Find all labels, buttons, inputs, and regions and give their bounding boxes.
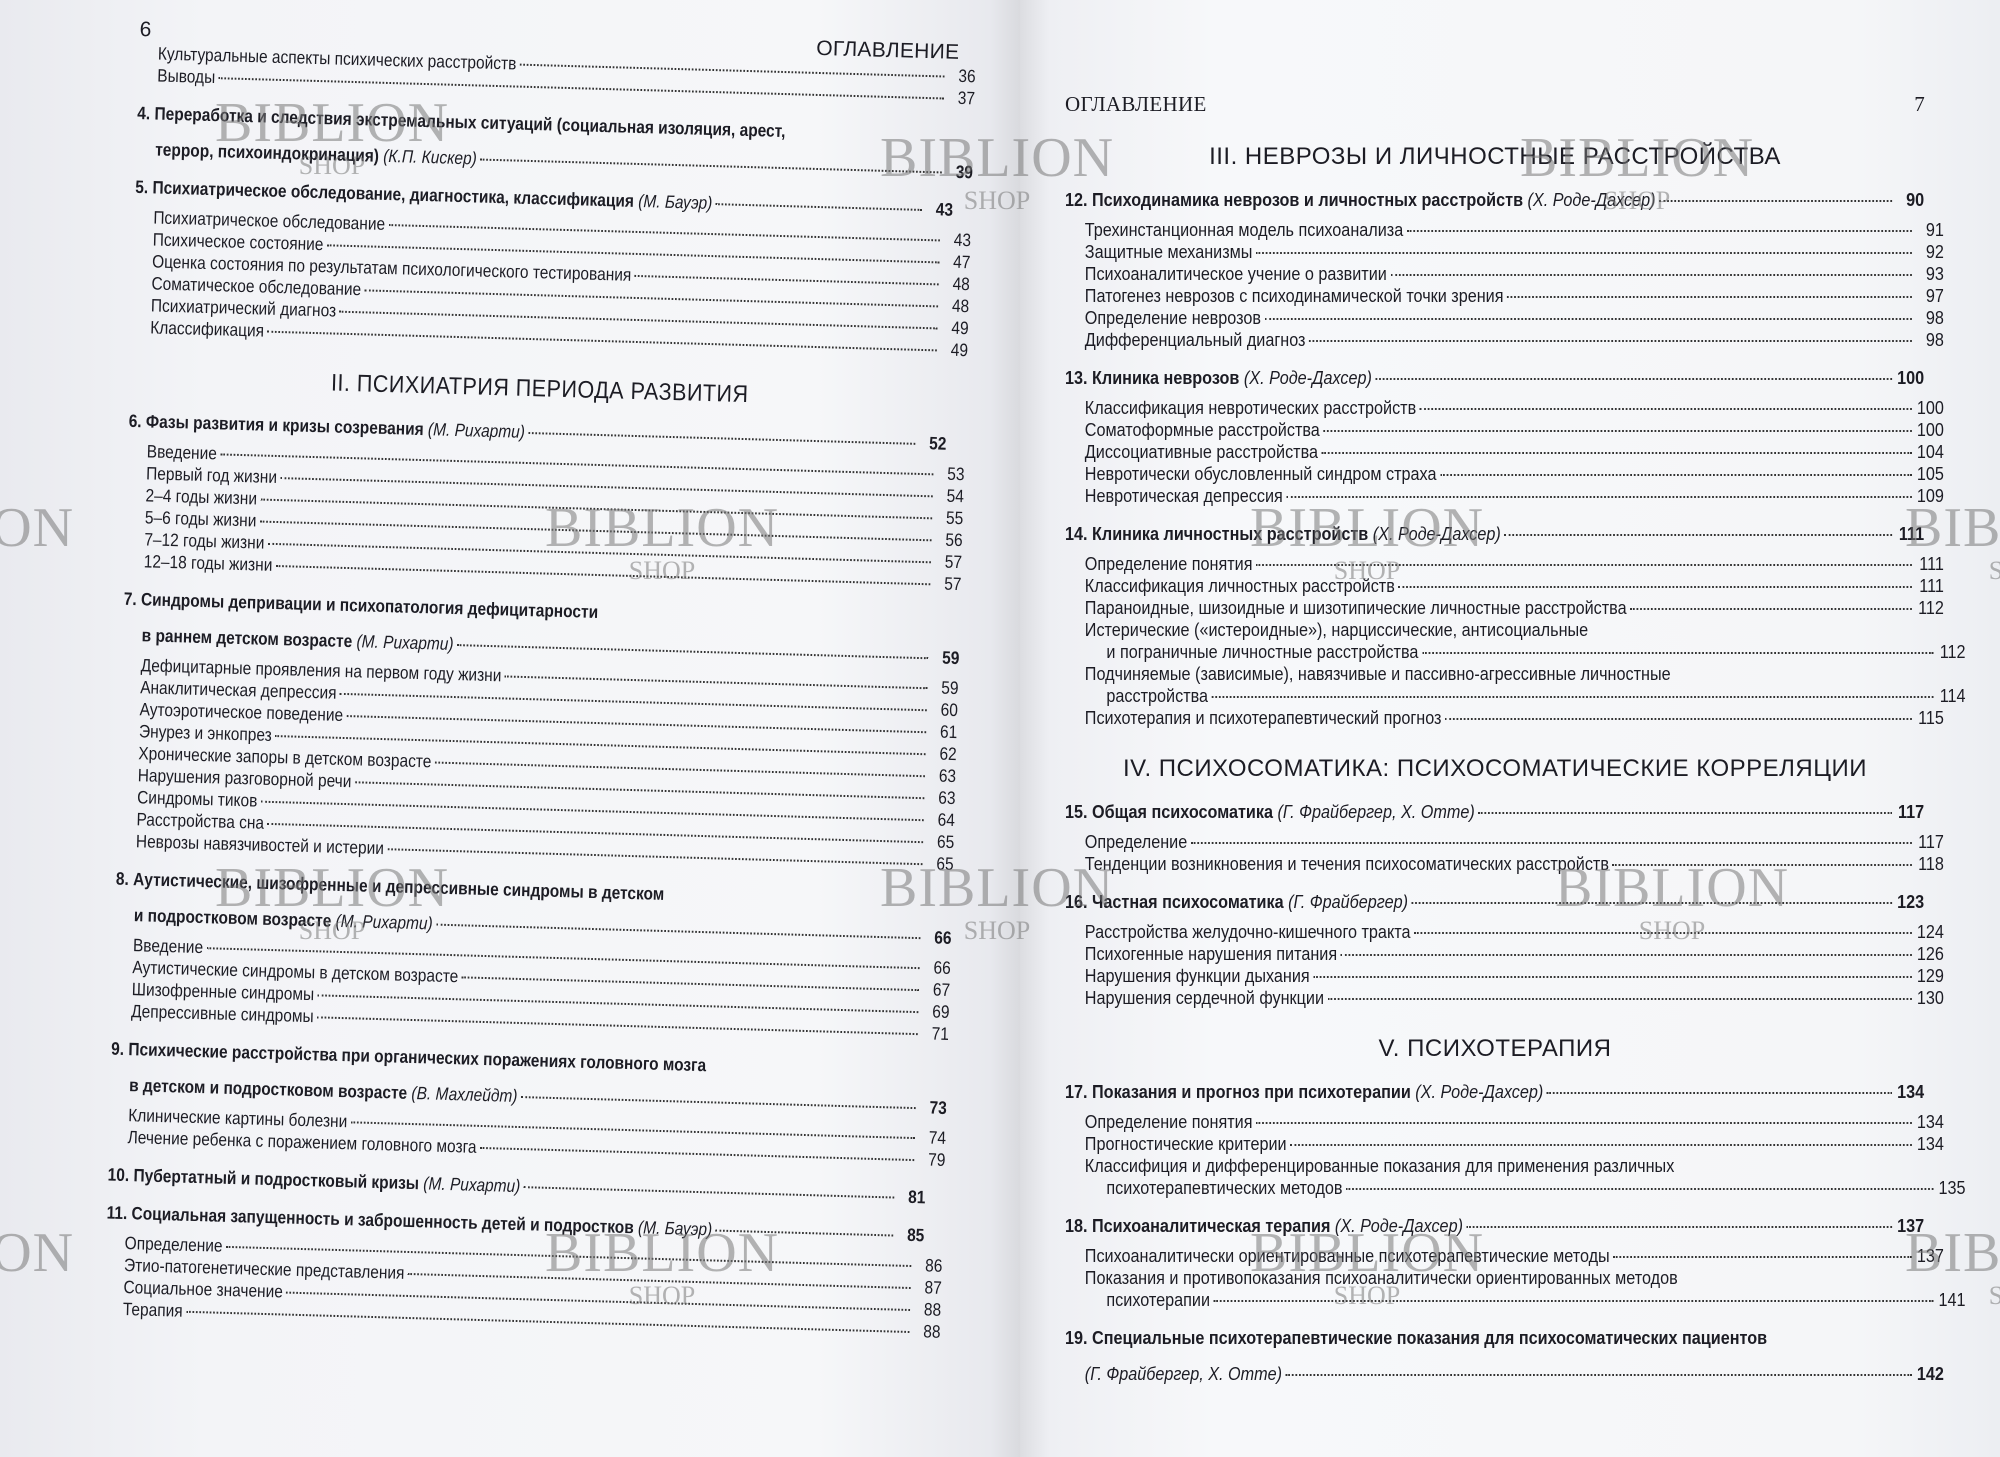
dot-leader <box>480 159 942 174</box>
toc-chapter: 18. Психоаналитическая терапия (Х. Роде-… <box>1065 1215 1925 1311</box>
page-ref: 129 <box>1915 965 1944 987</box>
subitem-text: Защитные механизмы <box>1085 242 1253 262</box>
page-ref: 79 <box>918 1148 946 1171</box>
page-ref: 71 <box>921 1022 949 1045</box>
subitem-text: Классификация невротических расстройств <box>1085 398 1416 418</box>
page-ref: 64 <box>927 808 955 831</box>
toc-chapter-row[interactable]: 17. Показания и прогноз при психотерапии… <box>1065 1081 1924 1103</box>
toc-subitem: Классифиция и дифференцированные показан… <box>1065 1155 1944 1177</box>
toc-chapter-title: 9. Психические расстройства при органиче… <box>111 1038 929 1083</box>
dot-leader <box>1341 954 1912 956</box>
toc-subitem-row[interactable]: и пограничные личностные расстройства112 <box>1065 641 1966 663</box>
dot-leader <box>505 675 928 689</box>
subitem-text: 5–6 годы жизни <box>145 507 257 530</box>
dot-leader <box>1286 1374 1912 1376</box>
chapter-title: Общая психосоматика <box>1092 802 1273 822</box>
subitem-text: Параноидные, шизоидные и шизотипические … <box>1085 598 1627 618</box>
toc-chapter-row[interactable]: 16. Частная психосоматика (Г. Фрайбергер… <box>1065 891 1924 913</box>
page-ref: 117 <box>1895 801 1924 823</box>
toc-subitem-row-text: Нарушения функции дыхания <box>1085 965 1310 987</box>
subitem-text: 7–12 годы жизни <box>144 529 265 552</box>
subitem-text: Дифференциальный диагноз <box>1085 330 1306 350</box>
chapter-title: Переработка и следствия экстремальных си… <box>154 103 785 141</box>
page-ref: 56 <box>935 528 963 551</box>
page-ref: 66 <box>924 926 952 949</box>
toc-subitem-row-text: Классификация <box>150 316 264 341</box>
subitem-text: Депрессивные синдромы <box>131 1001 314 1026</box>
page-ref: 67 <box>922 978 950 1001</box>
dot-leader <box>1328 998 1912 1000</box>
subitem-text: Тенденции возникновения и течения психос… <box>1085 854 1609 874</box>
toc-chapter: 5. Психиатрическое обследование, диагнос… <box>131 176 955 361</box>
toc-subitem: Показания и противопоказания психоаналит… <box>1065 1267 1944 1289</box>
subitem-text: Определение <box>1085 832 1187 852</box>
toc-subitem-row[interactable]: психотерапевтических методов135 <box>1065 1177 1966 1199</box>
subitem-text: Терапия <box>123 1299 183 1321</box>
dot-leader <box>457 644 929 659</box>
page-ref: 134 <box>1895 1081 1924 1103</box>
chapter-title-cont: и подростковом возрасте <box>134 905 336 931</box>
page-ref: 134 <box>1915 1133 1944 1155</box>
chapter-author: (Х. Роде-Дахсер) <box>1330 1216 1463 1236</box>
dot-leader <box>1290 1144 1911 1146</box>
chapter-title: Аутистические, шизофренные и депрессивны… <box>133 869 665 904</box>
toc-subitem-row[interactable]: Нарушения сердечной функции130 <box>1065 987 1944 1009</box>
toc-subitem: Истерические («истероидные»), нарциссиче… <box>1065 619 1944 641</box>
toc-chapter-row[interactable]: 12. Психодинамика неврозов и личностных … <box>1065 189 1924 211</box>
toc-subitem-row[interactable]: Патогенез неврозов с психодинамической т… <box>1065 285 1944 307</box>
dot-leader <box>387 848 922 865</box>
page-ref: 52 <box>919 432 947 455</box>
chapter-author: (Х. Роде-Дахсер) <box>1368 524 1501 544</box>
chapter-title: Психодинамика неврозов и личностных расс… <box>1092 190 1523 210</box>
toc-chapter: 4. Переработка и следствия экстремальных… <box>136 102 957 183</box>
page-ref: 53 <box>937 462 965 485</box>
page-ref: 85 <box>897 1224 925 1247</box>
dot-leader <box>1414 932 1911 934</box>
subitem-text: Синдромы тиков <box>137 787 258 810</box>
toc-chapter-row[interactable]: (Г. Фрайбергер, Х. Отте)142 <box>1065 1363 1944 1385</box>
dot-leader <box>528 432 915 445</box>
toc-chapter-title: 19. Специальные психотерапевтические пок… <box>1065 1327 1924 1349</box>
chapter-number: 4. <box>137 103 155 123</box>
chapter-title: Показания и прогноз при психотерапии <box>1092 1082 1411 1102</box>
page-ref: 97 <box>1915 285 1944 307</box>
dot-leader <box>1407 230 1912 232</box>
page-ref: 65 <box>926 852 954 875</box>
chapter-title: Специальные психотерапевтические показан… <box>1092 1328 1767 1348</box>
subitem-text: Расстройства сна <box>136 809 264 833</box>
dot-leader <box>1191 842 1912 844</box>
chapter-author: (М. Рихарти) <box>356 631 454 654</box>
chapter-title: Частная психосоматика <box>1092 892 1284 912</box>
chapter-author: (К.П. Кискер) <box>383 146 477 169</box>
part-title: IV. ПСИХОСОМАТИКА: ПСИХОСОМАТИЧЕСКИЕ КОР… <box>1065 755 1925 783</box>
toc-subitem-row[interactable]: Психогенные нарушения питания126 <box>1065 943 1944 965</box>
toc-subitem-row-text: Невротически обусловленный синдром страх… <box>1085 463 1437 485</box>
subitem-text: Нарушения функции дыхания <box>1085 966 1310 986</box>
toc-subitem-row[interactable]: Классификация личностных расстройств111 <box>1065 575 1944 597</box>
toc-chapter-row-text: 14. Клиника личностных расстройств (Х. Р… <box>1065 523 1501 545</box>
page-ref: 61 <box>930 720 958 743</box>
toc-chapter: 16. Частная психосоматика (Г. Фрайбергер… <box>1065 891 1925 1009</box>
dot-leader <box>1467 1226 1892 1228</box>
dot-leader <box>1445 718 1911 720</box>
chapter-number: 19. <box>1065 1328 1092 1348</box>
subitem-text: Прогностические критерии <box>1085 1134 1287 1154</box>
subitem-text-cont: расстройства <box>1106 686 1208 706</box>
page-ref: 93 <box>1915 263 1944 285</box>
page-ref: 65 <box>926 830 954 853</box>
chapter-number: 10. <box>107 1165 133 1186</box>
toc-chapter-row[interactable]: 15. Общая психосоматика (Г. Фрайбергер, … <box>1065 801 1924 823</box>
toc-subitem-row-text: Психогенные нарушения питания <box>1085 943 1337 965</box>
subitem-text: Определение неврозов <box>1085 308 1261 328</box>
toc-subitem-row-text: Соматоформные расстройства <box>1085 419 1320 441</box>
page-ref: 124 <box>1915 921 1944 943</box>
left-page: 6 ОГЛАВЛЕНИЕ Культуральные аспекты психи… <box>0 0 1020 1457</box>
dot-leader <box>635 275 939 285</box>
subitem-text-cont: психотерапевтических методов <box>1106 1178 1342 1198</box>
subitem-text: Истерические («истероидные»), нарциссиче… <box>1085 619 1588 641</box>
toc-chapter-row[interactable]: 14. Клиника личностных расстройств (Х. Р… <box>1065 523 1924 545</box>
toc-subitem-row[interactable]: психотерапии141 <box>1065 1289 1966 1311</box>
toc-subitem-row-text: Выводы <box>157 65 216 89</box>
chapter-title-text: 4. Переработка и следствия экстремальных… <box>137 102 786 142</box>
toc-subitem: Подчиняемые (зависимые), навязчивые и па… <box>1065 663 1944 685</box>
dot-leader <box>1547 1092 1892 1094</box>
toc-subitem-row-text: 5–6 годы жизни <box>145 506 257 531</box>
toc-chapter-row-text: 6. Фазы развития и кризы созревания (М. … <box>128 410 525 443</box>
page-ref: 111 <box>1915 553 1944 575</box>
toc-subitem-row-text: Введение <box>147 440 218 464</box>
subitem-text: Невротически обусловленный синдром страх… <box>1085 464 1437 484</box>
subitem-text-cont: и пограничные личностные расстройства <box>1106 642 1418 662</box>
toc-subitem-row-text: Определение понятия <box>1085 1111 1253 1133</box>
chapter-number: 11. <box>106 1203 132 1224</box>
toc-chapter-title: 4. Переработка и следствия экстремальных… <box>137 102 955 147</box>
page-ref: 43 <box>943 229 971 252</box>
toc-subitem-row-text: психотерапевтических методов <box>1106 1177 1342 1199</box>
toc-chapter-row-text: и подростковом возрасте (М. Рихарти) <box>134 904 433 934</box>
toc-chapter-row[interactable]: 13. Клиника неврозов (Х. Роде-Дахсер)100 <box>1065 367 1924 389</box>
chapter-number: 5. <box>135 177 153 197</box>
subitem-text: Соматоформные расстройства <box>1085 420 1320 440</box>
toc-chapter-row-text: в раннем детском возрасте (М. Рихарти) <box>141 624 453 655</box>
toc-subitem-row[interactable]: Невротически обусловленный синдром страх… <box>1065 463 1944 485</box>
page-ref: 86 <box>915 1254 943 1277</box>
subitem-text: Нарушения сердечной функции <box>1085 988 1324 1008</box>
page-ref: 47 <box>943 251 971 274</box>
toc-subitem-row-text: Классификация личностных расстройств <box>1085 575 1395 597</box>
toc-chapter: 6. Фазы развития и кризы созревания (М. … <box>125 410 949 595</box>
toc-subitem-row[interactable]: Психоаналитическое учение о развитии93 <box>1065 263 1944 285</box>
dot-leader <box>436 924 921 940</box>
subitem-text: Неврозы навязчивостей и истерии <box>136 831 385 858</box>
chapter-title-cont: в детском и подростковом возрасте <box>129 1075 412 1103</box>
subitem-text: Диссоциативные расстройства <box>1085 442 1318 462</box>
page-ref: 88 <box>913 1320 941 1343</box>
toc-subitem-row-text: Психоаналитически ориентированные психот… <box>1085 1245 1610 1267</box>
part-title: V. ПСИХОТЕРАПИЯ <box>1065 1035 1925 1063</box>
dot-leader <box>1256 564 1911 566</box>
dot-leader <box>1346 1188 1933 1190</box>
toc-chapter-row-text: 13. Клиника неврозов (Х. Роде-Дахсер) <box>1065 367 1372 389</box>
page-ref: 112 <box>1915 597 1944 619</box>
page-ref: 90 <box>1895 189 1924 211</box>
chapter-title: Фазы развития и кризы созревания <box>146 411 424 439</box>
page-ref: 100 <box>1915 397 1944 419</box>
toc-subitem-row-text: Психоаналитическое учение о развитии <box>1085 263 1387 285</box>
subitem-text: Классифиция и дифференцированные показан… <box>1085 1155 1675 1177</box>
page-ref: 59 <box>932 646 960 669</box>
chapter-title: Психоаналитическая терапия <box>1092 1216 1330 1236</box>
toc-chapter-row-text: (Г. Фрайбергер, Х. Отте) <box>1085 1363 1282 1385</box>
toc-subitem-row-text: и пограничные личностные расстройства <box>1106 641 1418 663</box>
subitem-text: Трехинстанционная модель психоанализа <box>1085 220 1403 240</box>
page-ref: 48 <box>941 295 969 318</box>
dot-leader <box>1659 200 1892 202</box>
toc-subitem-row[interactable]: Прогностические критерии134 <box>1065 1133 1944 1155</box>
page-ref: 39 <box>945 161 973 184</box>
toc-subitem-row[interactable]: Трехинстанционная модель психоанализа91 <box>1065 219 1944 241</box>
running-head-title: ОГЛАВЛЕНИЕ <box>1065 92 1207 117</box>
page-ref: 123 <box>1895 891 1924 913</box>
chapter-number: 12. <box>1065 190 1092 210</box>
chapter-number: 13. <box>1065 368 1092 388</box>
page-ref: 54 <box>936 484 964 507</box>
toc-chapter: 10. Пубертатный и подростковый кризы (М.… <box>107 1164 927 1209</box>
page-ref: 104 <box>1915 441 1944 463</box>
toc-subitem-row-text: Терапия <box>123 1298 183 1322</box>
page-ref: 111 <box>1915 575 1944 597</box>
dot-leader <box>716 1230 894 1237</box>
page-ref: 105 <box>1915 463 1944 485</box>
toc-subitem-row[interactable]: Дифференциальный диагноз98 <box>1065 329 1944 351</box>
dot-leader <box>1265 318 1912 320</box>
page-ref: 118 <box>1915 853 1944 875</box>
toc-subitem-row[interactable]: Определение117 <box>1065 831 1944 853</box>
right-page-content: ОГЛАВЛЕНИЕ 7 III. НЕВРОЗЫ И ЛИЧНОСТНЫЕ Р… <box>1065 92 1925 1385</box>
toc-subitem-row-text: психотерапии <box>1106 1289 1210 1311</box>
page-number: 6 <box>139 18 152 42</box>
subitem-text: Психоаналитически ориентированные психот… <box>1085 1246 1610 1266</box>
page-ref: 60 <box>930 698 958 721</box>
page-ref: 59 <box>931 676 959 699</box>
toc-subitem-row-text: 12–18 годы жизни <box>143 550 272 576</box>
page-ref: 49 <box>940 338 968 361</box>
page-ref: 36 <box>948 65 976 88</box>
toc-chapter: 14. Клиника личностных расстройств (Х. Р… <box>1065 523 1925 729</box>
page-ref: 109 <box>1915 485 1944 507</box>
chapter-author: (Г. Фрайбергер, Х. Отте) <box>1085 1364 1282 1384</box>
page-ref: 117 <box>1915 831 1944 853</box>
dot-leader <box>716 203 922 211</box>
right-page: ОГЛАВЛЕНИЕ 7 III. НЕВРОЗЫ И ЛИЧНОСТНЫЕ Р… <box>1020 0 2000 1457</box>
chapter-number: 6. <box>128 411 146 431</box>
dot-leader <box>1507 296 1911 298</box>
chapter-number: 7. <box>123 589 141 609</box>
subitem-text: 12–18 годы жизни <box>143 551 272 575</box>
toc-chapters-b: 6. Фазы развития и кризы созревания (М. … <box>104 410 949 1343</box>
dot-leader <box>1313 976 1911 978</box>
subitem-text-cont: психотерапии <box>1106 1290 1210 1310</box>
toc-subitem-row-text: Нарушения сердечной функции <box>1085 987 1324 1009</box>
dot-leader <box>1613 1256 1911 1258</box>
toc-chapter-row[interactable]: террор, психоиндокринация) (К.П. Кискер)… <box>136 138 973 183</box>
chapter-number: 9. <box>111 1039 129 1059</box>
toc-chapter-row-text: 18. Психоаналитическая терапия (Х. Роде-… <box>1065 1215 1463 1237</box>
running-head-right: ОГЛАВЛЕНИЕ 7 <box>1065 92 1925 117</box>
toc-subitem-row[interactable]: Определение понятия111 <box>1065 553 1944 575</box>
subitem-text: Психогенные нарушения питания <box>1085 944 1337 964</box>
toc-chapter: 15. Общая психосоматика (Г. Фрайбергер, … <box>1065 801 1925 875</box>
page-ref: 63 <box>928 764 956 787</box>
chapter-number: 16. <box>1065 892 1092 912</box>
page-ref: 66 <box>923 956 951 979</box>
toc-subitem-row[interactable]: Нарушения функции дыхания129 <box>1065 965 1944 987</box>
subitem-text: 2–4 годы жизни <box>145 485 257 508</box>
page-ref: 142 <box>1915 1363 1944 1385</box>
toc-subitem-row-text: Невротическая депрессия <box>1085 485 1283 507</box>
dot-leader <box>1613 864 1912 866</box>
page-ref: 73 <box>919 1096 947 1119</box>
subitem-text: Патогенез неврозов с психодинамической т… <box>1085 286 1504 306</box>
page-ref: 57 <box>934 550 962 573</box>
page-ref: 62 <box>929 742 957 765</box>
toc-chapter-title: 8. Аутистические, шизофренные и депресси… <box>116 868 934 913</box>
page-ref: 130 <box>1915 987 1944 1009</box>
page-ref: 63 <box>928 786 956 809</box>
page-ref: 126 <box>1915 943 1944 965</box>
page-ref: 135 <box>1937 1177 1966 1199</box>
toc-subitem-row-text: Параноидные, шизоидные и шизотипические … <box>1085 597 1627 619</box>
toc-chapter-row[interactable]: 10. Пубертатный и подростковый кризы (М.… <box>107 1164 925 1209</box>
toc-subitem-row-text: Классификация невротических расстройств <box>1085 397 1416 419</box>
chapter-author: (М. Рихарти) <box>423 419 525 442</box>
toc-subitem-row[interactable]: Диссоциативные расстройства104 <box>1065 441 1944 463</box>
dot-leader <box>1322 452 1912 454</box>
subitem-text: Введение <box>133 935 204 957</box>
page-ref: 98 <box>1915 329 1944 351</box>
toc-subitem-row[interactable]: Определение понятия134 <box>1065 1111 1944 1133</box>
page-ref: 37 <box>947 87 975 110</box>
dot-leader <box>1504 534 1891 536</box>
dot-leader <box>1422 652 1933 654</box>
chapter-title: Психиатрическое обследование, диагностик… <box>152 177 634 210</box>
toc-chapter: 8. Аутистические, шизофренные и депресси… <box>112 868 936 1045</box>
dot-leader <box>1390 274 1911 276</box>
toc-subitem-row-text: Определение <box>1085 831 1187 853</box>
page-ref: 81 <box>898 1186 926 1209</box>
chapter-author: (В. Махлейдт) <box>411 1083 518 1106</box>
toc-subitem-row[interactable]: Соматоформные расстройства100 <box>1065 419 1944 441</box>
toc-chapter-row-text: 15. Общая психосоматика (Г. Фрайбергер, … <box>1065 801 1475 823</box>
page-number: 7 <box>1914 92 1925 117</box>
dot-leader <box>1256 1122 1911 1124</box>
toc-chapter-row-text: 10. Пубертатный и подростковый кризы (М.… <box>107 1164 520 1198</box>
toc-subitem-row[interactable]: Расстройства желудочно-кишечного тракта1… <box>1065 921 1944 943</box>
toc-subitem-row[interactable]: расстройства114 <box>1065 685 1966 707</box>
page-ref: 100 <box>1915 419 1944 441</box>
chapter-author: (Х. Роде-Дахсер) <box>1411 1082 1544 1102</box>
toc-subitem-row-text: Дифференциальный диагноз <box>1085 329 1306 351</box>
chapter-number: 15. <box>1065 802 1092 822</box>
part-title: III. НЕВРОЗЫ И ЛИЧНОСТНЫЕ РАССТРОЙСТВА <box>1065 143 1925 171</box>
toc-subitem-row[interactable]: Определение неврозов98 <box>1065 307 1944 329</box>
toc-chapter: 11. Социальная запущенность и заброшенно… <box>104 1202 927 1343</box>
chapter-title-cont: террор, психоиндокринация) <box>155 139 384 165</box>
subitem-text: Определение понятия <box>1085 554 1253 574</box>
chapter-title: Психические расстройства при органически… <box>128 1039 706 1075</box>
toc-chapter-row[interactable]: 18. Психоаналитическая терапия (Х. Роде-… <box>1065 1215 1924 1237</box>
subitem-text: Введение <box>147 441 218 463</box>
part-title: II. ПСИХИАТРИЯ ПЕРИОДА РАЗВИТИЯ <box>171 365 909 414</box>
subitem-text: Энурез и энкопрез <box>139 721 272 745</box>
chapter-title: Социальная запущенность и заброшенность … <box>131 1203 634 1237</box>
page-ref: 112 <box>1937 641 1966 663</box>
toc-subitem-row[interactable]: Психоаналитически ориентированные психот… <box>1065 1245 1944 1267</box>
toc-subitem-row-text: Введение <box>133 934 204 958</box>
dot-leader <box>1212 696 1933 698</box>
dot-leader <box>1412 902 1892 904</box>
dot-leader <box>521 1096 916 1109</box>
page-ref: 137 <box>1915 1245 1944 1267</box>
dot-leader <box>1309 340 1911 342</box>
chapter-title-cont: в раннем детском возрасте <box>141 625 356 651</box>
page-ref: 114 <box>1937 685 1966 707</box>
dot-leader <box>1420 408 1912 410</box>
chapter-number: 18. <box>1065 1216 1092 1236</box>
subitem-text: Психоаналитическое учение о развитии <box>1085 264 1387 284</box>
toc-subitem-row[interactable]: Параноидные, шизоидные и шизотипические … <box>1065 597 1944 619</box>
toc-subitem-row-text: Тенденции возникновения и течения психос… <box>1085 853 1609 875</box>
page-ref: 87 <box>914 1276 942 1299</box>
toc-subitem-row-text: Психотерапия и психотерапевтический прог… <box>1085 707 1442 729</box>
toc-subitem-row-text: Определение <box>124 1232 222 1257</box>
toc-subitem-row[interactable]: Психотерапия и психотерапевтический прог… <box>1065 707 1944 729</box>
toc-chapter: 9. Психические расстройства при органиче… <box>108 1038 931 1171</box>
chapter-number: 17. <box>1065 1082 1092 1102</box>
toc-subitem-row[interactable]: Тенденции возникновения и течения психос… <box>1065 853 1944 875</box>
dot-leader <box>1214 1300 1933 1302</box>
toc-chapter-row-text: 17. Показания и прогноз при психотерапии… <box>1065 1081 1543 1103</box>
chapter-title-text: 9. Психические расстройства при органиче… <box>111 1038 707 1077</box>
left-page-content: 6 ОГЛАВЛЕНИЕ Культуральные аспекты психи… <box>104 18 960 1342</box>
page-ref: 134 <box>1915 1111 1944 1133</box>
toc-chapter: 13. Клиника неврозов (Х. Роде-Дахсер)100… <box>1065 367 1925 507</box>
chapter-author: (Х. Роде-Дахсер) <box>1523 190 1656 210</box>
toc-chapter: 7. Синдромы депривации и психопатология … <box>117 588 944 875</box>
chapter-title: Клиника личностных расстройств <box>1092 524 1368 544</box>
toc-subitem-row-text: Патогенез неврозов с психодинамической т… <box>1085 285 1504 307</box>
page-ref: 91 <box>1915 219 1944 241</box>
dot-leader <box>1376 378 1892 380</box>
subitem-text: Классификация <box>150 317 264 340</box>
chapter-number: 8. <box>116 869 134 889</box>
toc-chapter: 19. Специальные психотерапевтические пок… <box>1065 1327 1925 1385</box>
subitem-text: Первый год жизни <box>146 463 277 487</box>
page-ref: 115 <box>1915 707 1944 729</box>
page-ref: 48 <box>942 273 970 296</box>
chapter-title: Пубертатный и подростковый кризы <box>133 1165 419 1193</box>
toc-subitem-row[interactable]: Невротическая депрессия109 <box>1065 485 1944 507</box>
toc-subitem-row[interactable]: Защитные механизмы92 <box>1065 241 1944 263</box>
toc-subitem-row[interactable]: Классификация невротических расстройств1… <box>1065 397 1944 419</box>
toc-chapter-row-text: террор, психоиндокринация) (К.П. Кискер) <box>155 138 477 169</box>
page-ref: 92 <box>1915 241 1944 263</box>
toc-subitem-row-text: Расстройства желудочно-кишечного тракта <box>1085 921 1411 943</box>
